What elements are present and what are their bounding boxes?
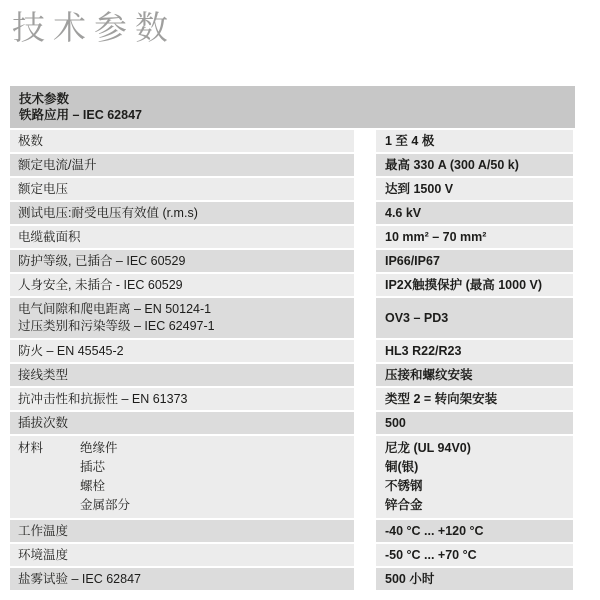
row-value: 1 至 4 极	[376, 130, 573, 152]
material-sublabel-metal-parts: 金属部分	[80, 496, 130, 515]
row-value: 4.6 kV	[376, 202, 573, 224]
row-value: 10 mm² – 70 mm²	[376, 226, 573, 248]
row-label: 防火 – EN 45545-2	[10, 340, 354, 362]
row-label: 防护等级, 已插合 – IEC 60529	[10, 250, 354, 272]
table-header-title: 技术参数	[19, 91, 566, 107]
row-label: 人身安全, 未插合 - IEC 60529	[10, 274, 354, 296]
row-label: 抗冲击性和抗振性 – EN 61373	[10, 388, 354, 410]
table-header-subtitle: 铁路应用 – IEC 62847	[19, 107, 566, 123]
row-label-line1: 电气间隙和爬电距离 – EN 50124-1	[18, 301, 346, 318]
row-value: 500	[376, 412, 573, 434]
row-label: 电缆截面积	[10, 226, 354, 248]
row-value: IP66/IP67	[376, 250, 573, 272]
table-row-rated-voltage: 额定电压 达到 1500 V	[10, 178, 575, 200]
row-label: 额定电压	[10, 178, 354, 200]
row-value: 500 小时	[376, 568, 573, 590]
row-label: 插拔次数	[10, 412, 354, 434]
row-value: -40 °C ... +120 °C	[376, 520, 573, 542]
row-label: 盐雾试验 – IEC 62847	[10, 568, 354, 590]
row-label: 电气间隙和爬电距离 – EN 50124-1 过压类别和污染等级 – IEC 6…	[10, 298, 354, 338]
row-value: 压接和螺纹安装	[376, 364, 573, 386]
row-label: 测试电压:耐受电压有效值 (r.m.s)	[10, 202, 354, 224]
table-body: 极数 1 至 4 极 额定电流/温升 最高 330 A (300 A/50 k)…	[10, 130, 575, 590]
spec-table: 技术参数 铁路应用 – IEC 62847 极数 1 至 4 极 额定电流/温升…	[10, 86, 575, 592]
row-value: HL3 R22/R23	[376, 340, 573, 362]
table-row-poles: 极数 1 至 4 极	[10, 130, 575, 152]
row-label: 接线类型	[10, 364, 354, 386]
table-row-mating-cycles: 插拔次数 500	[10, 412, 575, 434]
material-label: 材料	[18, 439, 80, 515]
table-row-cable-cross-section: 电缆截面积 10 mm² – 70 mm²	[10, 226, 575, 248]
material-sublabel-bolt: 螺栓	[80, 477, 130, 496]
row-value: 类型 2 = 转向架安装	[376, 388, 573, 410]
row-value: 尼龙 (UL 94V0) 铜(银) 不锈钢 锌合金	[376, 436, 573, 518]
material-sublabels: 绝缘件 插芯 螺栓 金属部分	[80, 439, 130, 515]
table-row-termination-type: 接线类型 压接和螺纹安装	[10, 364, 575, 386]
material-sublabel-insulation: 绝缘件	[80, 439, 130, 458]
table-row-personal-safety: 人身安全, 未插合 - IEC 60529 IP2X触摸保护 (最高 1000 …	[10, 274, 575, 296]
material-value-insert: 铜(银)	[385, 458, 564, 477]
table-row-materials: 材料 绝缘件 插芯 螺栓 金属部分 尼龙 (UL 94V0) 铜(银) 不锈钢 …	[10, 436, 575, 518]
row-label: 额定电流/温升	[10, 154, 354, 176]
row-value: OV3 – PD3	[376, 298, 573, 338]
row-label-line2: 过压类别和污染等级 – IEC 62497-1	[18, 318, 346, 335]
table-row-test-voltage: 测试电压:耐受电压有效值 (r.m.s) 4.6 kV	[10, 202, 575, 224]
table-row-operating-temperature: 工作温度 -40 °C ... +120 °C	[10, 520, 575, 542]
row-value: 最高 330 A (300 A/50 k)	[376, 154, 573, 176]
row-value: 达到 1500 V	[376, 178, 573, 200]
row-label: 极数	[10, 130, 354, 152]
table-row-rated-current: 额定电流/温升 最高 330 A (300 A/50 k)	[10, 154, 575, 176]
row-label: 环境温度	[10, 544, 354, 566]
table-row-clearance-creepage: 电气间隙和爬电距离 – EN 50124-1 过压类别和污染等级 – IEC 6…	[10, 298, 575, 338]
table-row-ambient-temperature: 环境温度 -50 °C ... +70 °C	[10, 544, 575, 566]
page-title: 技术参数	[12, 2, 176, 49]
material-value-metal-parts: 锌合金	[385, 496, 564, 515]
material-value-bolt: 不锈钢	[385, 477, 564, 496]
table-row-shock-vibration: 抗冲击性和抗振性 – EN 61373 类型 2 = 转向架安装	[10, 388, 575, 410]
row-value: -50 °C ... +70 °C	[376, 544, 573, 566]
material-value-insulation: 尼龙 (UL 94V0)	[385, 439, 564, 458]
table-row-salt-spray-test: 盐雾试验 – IEC 62847 500 小时	[10, 568, 575, 590]
row-value: IP2X触摸保护 (最高 1000 V)	[376, 274, 573, 296]
row-label: 工作温度	[10, 520, 354, 542]
material-sublabel-insert: 插芯	[80, 458, 130, 477]
table-row-protection-degree: 防护等级, 已插合 – IEC 60529 IP66/IP67	[10, 250, 575, 272]
table-row-fire-protection: 防火 – EN 45545-2 HL3 R22/R23	[10, 340, 575, 362]
table-header: 技术参数 铁路应用 – IEC 62847	[10, 86, 575, 128]
row-label: 材料 绝缘件 插芯 螺栓 金属部分	[10, 436, 354, 518]
